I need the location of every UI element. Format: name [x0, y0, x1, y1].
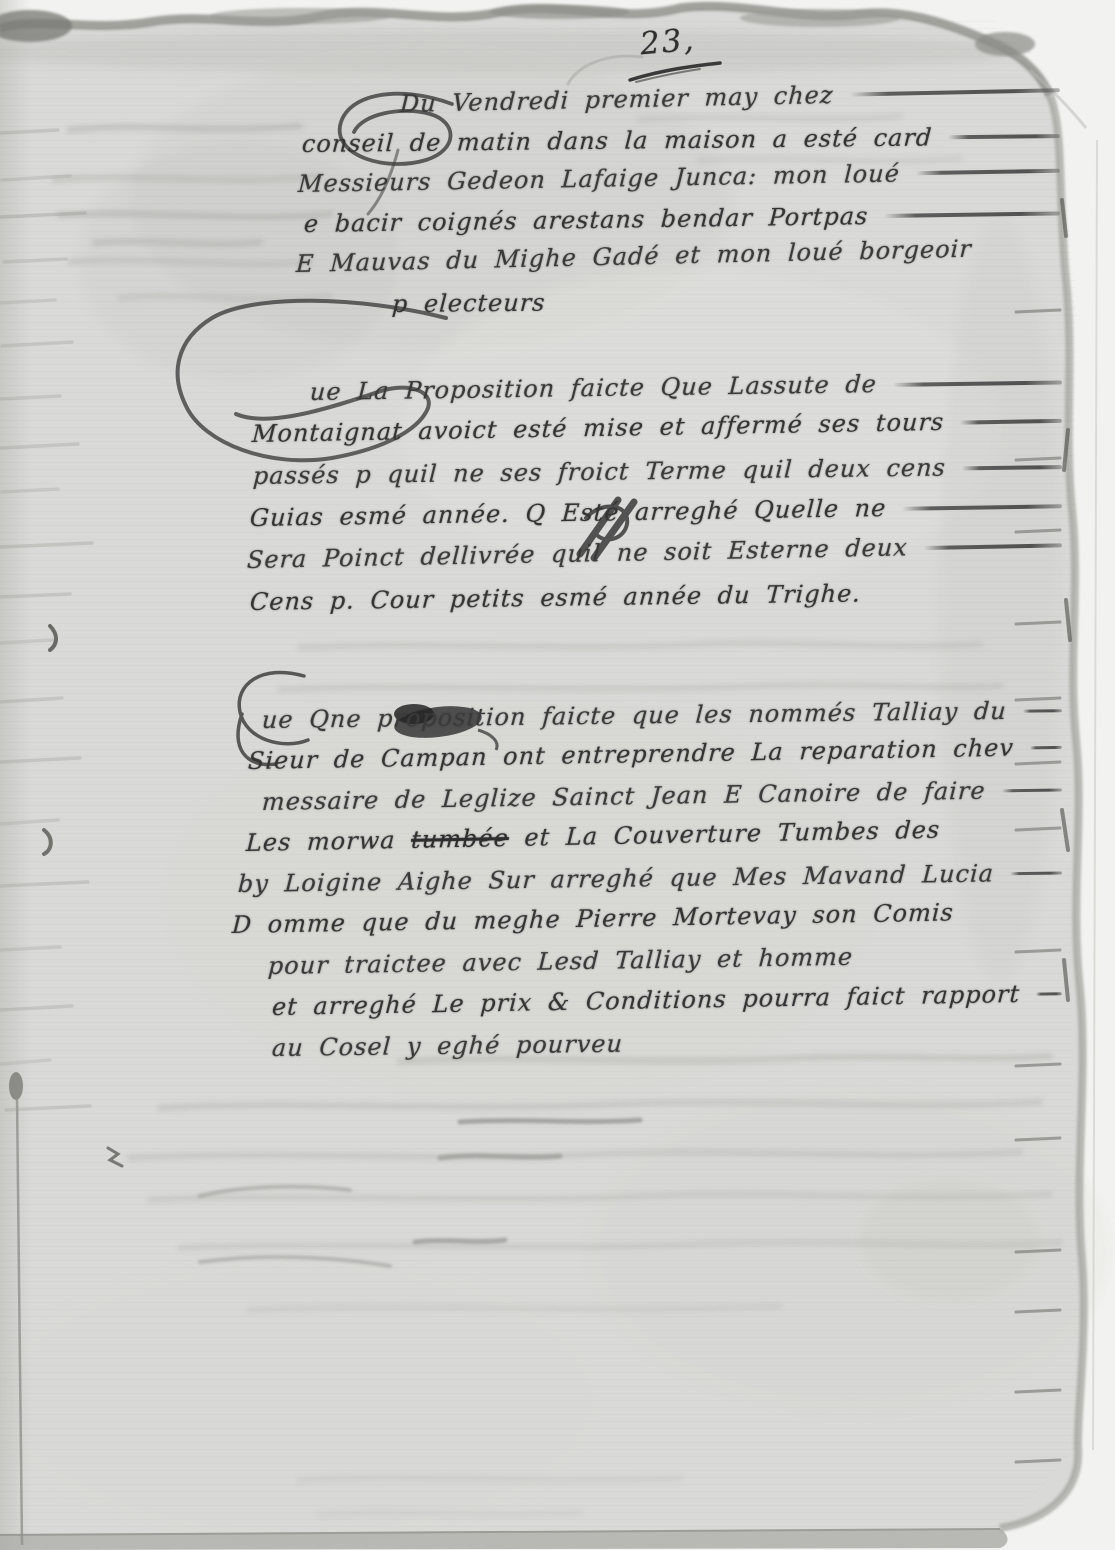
paragraph-deliberation-1: ue La Proposition faicte Que Lassute deM… — [246, 372, 1062, 624]
line-filler-dash — [884, 212, 1060, 218]
line-filler-dash — [962, 465, 1062, 470]
line-filler-dash — [849, 88, 1059, 96]
handwritten-text: p electeurs — [391, 283, 547, 324]
handwritten-line: p electeurs — [392, 278, 1060, 324]
line-filler-dash — [1002, 788, 1062, 792]
line-filler-dash — [1036, 992, 1062, 996]
line-filler-dash — [960, 419, 1062, 424]
struck-word: tumbée — [410, 824, 509, 854]
paragraph-session-heading: Du Vendredi premier may chezconseil de m… — [296, 84, 1060, 324]
line-filler-dash — [1023, 709, 1062, 713]
handwritten-text: au Cosel y eghé pourveu — [271, 1024, 624, 1068]
line-filler-dash — [1010, 871, 1062, 875]
handwritten-text: Cens p. Cour petits esmé année du Trighe… — [249, 573, 862, 622]
line-filler-dash — [924, 544, 1062, 550]
line-filler-dash — [893, 381, 1062, 387]
handwritten-text: Du Vendredi premier may chez — [399, 75, 834, 124]
line-filler-dash — [916, 169, 1060, 175]
paragraph-deliberation-2: ue Qne proposition faicte que les nommés… — [230, 700, 1062, 1069]
gutter-shadow — [0, 0, 30, 1550]
handwritten-line: au Cosel y eghé pourveu — [272, 1018, 1062, 1069]
line-filler-dash — [1030, 746, 1062, 750]
line-filler-dash — [948, 134, 1060, 139]
line-filler-dash — [902, 504, 1062, 510]
page-number: 23, — [639, 22, 697, 63]
scanned-manuscript-page: 23, Du Vendredi premier may chezconseil … — [0, 0, 1115, 1550]
